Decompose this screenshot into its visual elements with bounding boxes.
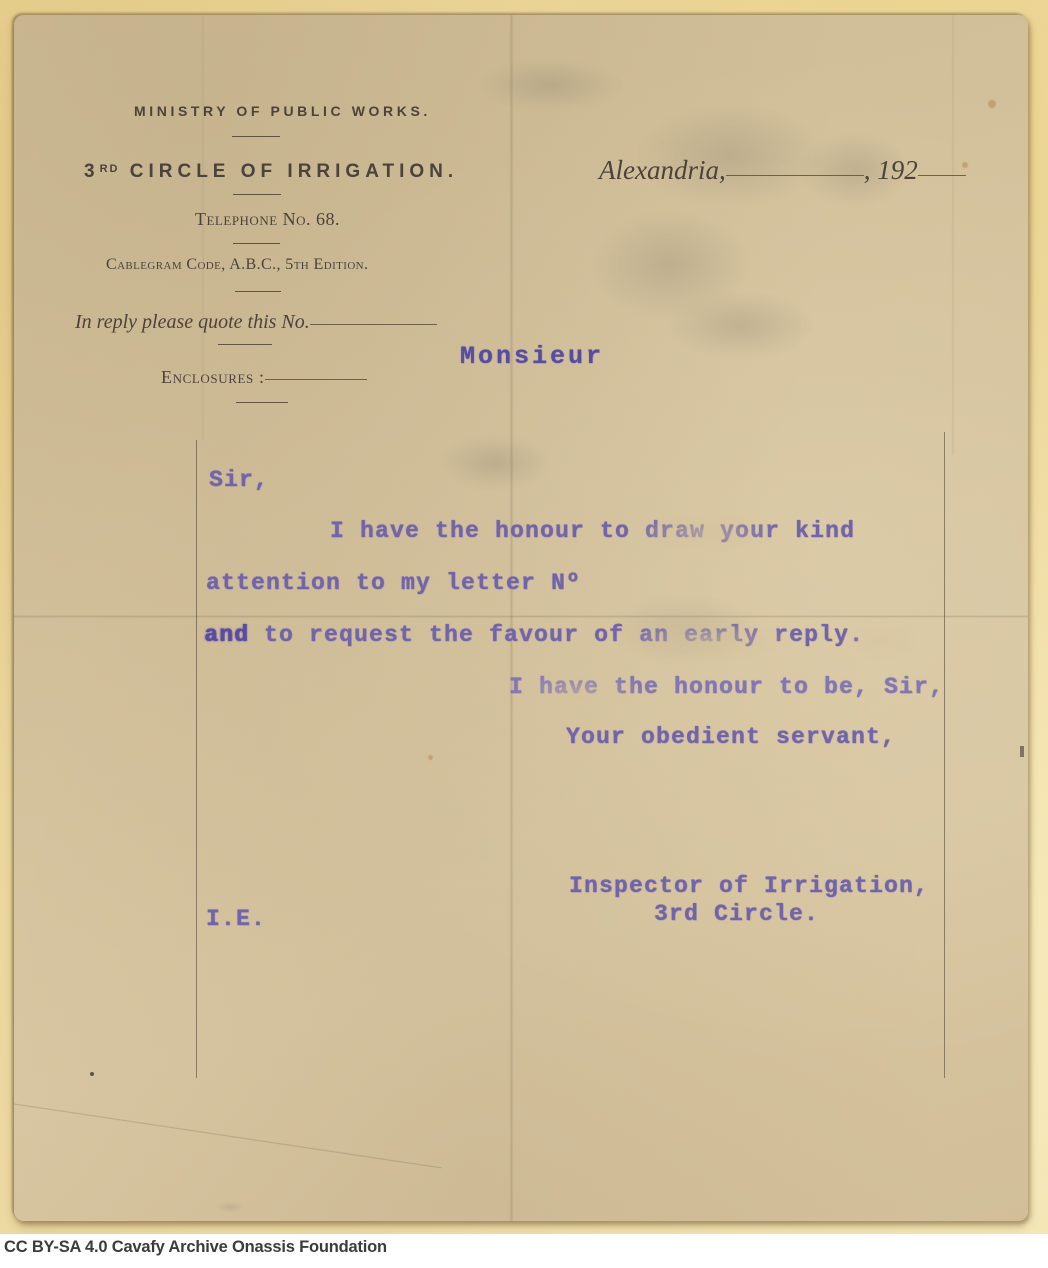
license-attribution: CC BY-SA 4.0 Cavafy Archive Onassis Foun… xyxy=(4,1238,387,1257)
overstruck-word: and xyxy=(204,622,249,648)
blank-fill-line xyxy=(918,172,966,176)
ink-fade-patch xyxy=(836,613,926,667)
enclosures-line: Enclosures : xyxy=(161,367,367,388)
cablegram-line: Cablegram Code, A.B.C., 5th Edition. xyxy=(106,256,368,274)
pencil-smudge xyxy=(420,425,570,500)
telephone-line: Telephone No. 68. xyxy=(195,209,340,230)
circle-title: 3RD CIRCLE OF IRRIGATION. xyxy=(84,161,458,183)
date-year: , 192 xyxy=(864,155,918,185)
ink-fade-patch xyxy=(492,665,662,717)
signature-title: Inspector of Irrigation, xyxy=(569,873,929,899)
divider-rule xyxy=(233,243,280,244)
ink-fade-patch xyxy=(586,611,826,669)
right-margin-rule xyxy=(944,432,945,1078)
circle-ordinal: RD xyxy=(100,163,120,175)
body-line-5: Your obedient servant, xyxy=(566,724,896,750)
edge-smudge xyxy=(210,1200,250,1214)
divider-rule xyxy=(218,344,272,345)
ink-fade-patch xyxy=(604,503,804,563)
ministry-title: MINISTRY OF PUBLIC WORKS. xyxy=(134,103,431,119)
right-fold-crease xyxy=(952,15,954,455)
enclosures-label: Enclosures : xyxy=(161,367,265,387)
date-line: Alexandria,, 192 xyxy=(599,155,966,186)
circle-title-text: CIRCLE OF IRRIGATION. xyxy=(119,161,458,182)
reply-quote-line: In reply please quote this No. xyxy=(75,311,437,334)
blank-fill-line xyxy=(726,172,864,176)
divider-rule xyxy=(232,136,280,137)
signature-division: 3rd Circle. xyxy=(654,901,819,927)
salutation: Sir, xyxy=(209,467,269,493)
circle-number: 3 xyxy=(84,161,100,182)
blank-fill-line xyxy=(265,376,367,380)
typist-initials: I.E. xyxy=(206,906,266,932)
date-city: Alexandria, xyxy=(599,155,726,185)
bottom-diagonal-crease xyxy=(14,1103,442,1169)
foxing-spot xyxy=(428,755,433,760)
edge-mark xyxy=(1020,746,1024,757)
body-line-2: attention to my letter Nº xyxy=(206,570,581,596)
left-margin-rule xyxy=(196,440,197,1078)
divider-rule xyxy=(233,194,281,195)
ink-speck xyxy=(90,1072,94,1076)
pencil-smudge xyxy=(640,280,840,370)
center-fold-crease xyxy=(510,15,513,1221)
divider-rule xyxy=(235,291,281,292)
divider-rule xyxy=(236,402,288,403)
reply-quote-label: In reply please quote this No. xyxy=(75,311,310,333)
foxing-spot xyxy=(988,100,996,108)
monsieur-stamp: Monsieur xyxy=(460,342,604,371)
blank-fill-line xyxy=(310,321,437,325)
document-photo: MINISTRY OF PUBLIC WORKS. 3RD CIRCLE OF … xyxy=(0,0,1048,1268)
pencil-smudge xyxy=(450,50,650,120)
license-bar: CC BY-SA 4.0 Cavafy Archive Onassis Foun… xyxy=(0,1234,1048,1268)
letter-paper: MINISTRY OF PUBLIC WORKS. 3RD CIRCLE OF … xyxy=(14,15,1028,1221)
